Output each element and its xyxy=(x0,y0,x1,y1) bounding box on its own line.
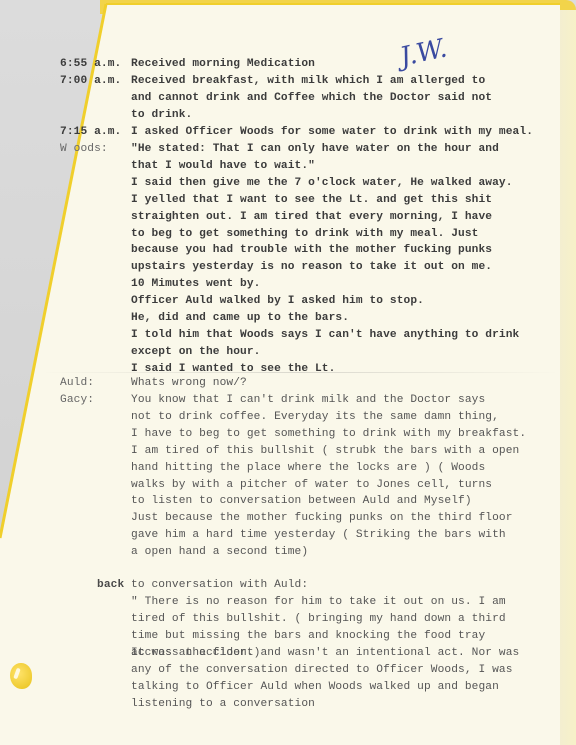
statement-line: It was an accident and wasn't an intenti… xyxy=(131,645,519,662)
statement-line: to beg to get something to drink with my… xyxy=(131,226,479,243)
statement-line: gave him a hard time yesterday ( Strikin… xyxy=(131,527,506,544)
statement-line: to conversation with Auld: xyxy=(131,577,308,594)
statement-line: " There is no reason for him to take it … xyxy=(131,594,506,611)
statement-line: not to drink coffee. Everyday its the sa… xyxy=(131,409,499,426)
statement-line: Just because the mother fucking punks on… xyxy=(131,510,513,527)
statement-line: Officer Auld walked by I asked him to st… xyxy=(131,293,424,310)
statement-line: talking to Officer Auld when Woods walke… xyxy=(131,679,499,696)
statement-line: except on the hour. xyxy=(131,344,260,361)
statement-line: to listen to conversation between Auld a… xyxy=(131,493,472,510)
statement-line: "He stated: That I can only have water o… xyxy=(131,141,499,158)
entry-label: back xyxy=(97,577,124,594)
statement-line: because you had trouble with the mother … xyxy=(131,242,492,259)
statement-line: I told him that Woods says I can't have … xyxy=(131,327,519,344)
statement-line: to drink. xyxy=(131,107,192,124)
entry-label: W oods: xyxy=(60,141,108,158)
statement-line: tired of this bullshit. ( bringing my ha… xyxy=(131,611,506,628)
statement-line: a open hand a second time) xyxy=(131,544,308,561)
statement-line: Received morning Medication xyxy=(131,56,315,73)
entry-label: Auld: xyxy=(60,375,94,392)
statement-line: time but missing the bars and knocking t… xyxy=(131,628,485,645)
statement-line: He, did and came up to the bars. xyxy=(131,310,349,327)
entry-label: 7:15 a.m. xyxy=(60,124,121,141)
entry-label: 7:00 a.m. xyxy=(60,73,121,90)
statement-line: I am tired of this bullshit ( strubk the… xyxy=(131,443,519,460)
punch-hole xyxy=(10,663,32,689)
statement-line: I yelled that I want to see the Lt. and … xyxy=(131,192,492,209)
statement-line: listening to a conversation xyxy=(131,696,315,713)
statement-line: 10 Mimutes went by. xyxy=(131,276,260,293)
statement-line: Whats wrong now/? xyxy=(131,375,247,392)
statement-line: hand hitting the place where the locks a… xyxy=(131,460,485,477)
typed-statement: 6:55 a.m.Received morning Medication7:00… xyxy=(0,0,576,745)
entry-label: Gacy: xyxy=(60,392,94,409)
statement-line: I asked Officer Woods for some water to … xyxy=(131,124,533,141)
statement-line: any of the conversation directed to Offi… xyxy=(131,662,513,679)
statement-line: and cannot drink and Coffee which the Do… xyxy=(131,90,492,107)
statement-line: I have to beg to get something to drink … xyxy=(131,426,526,443)
statement-line: that I would have to wait." xyxy=(131,158,315,175)
statement-line: straighten out. I am tired that every mo… xyxy=(131,209,492,226)
entry-label: 6:55 a.m. xyxy=(60,56,121,73)
statement-line: Received breakfast, with milk which I am… xyxy=(131,73,485,90)
statement-line: walks by with a pitcher of water to Jone… xyxy=(131,477,492,494)
statement-line: You know that I can't drink milk and the… xyxy=(131,392,485,409)
statement-line: upstairs yesterday is no reason to take … xyxy=(131,259,492,276)
statement-line: I said then give me the 7 o'clock water,… xyxy=(131,175,513,192)
